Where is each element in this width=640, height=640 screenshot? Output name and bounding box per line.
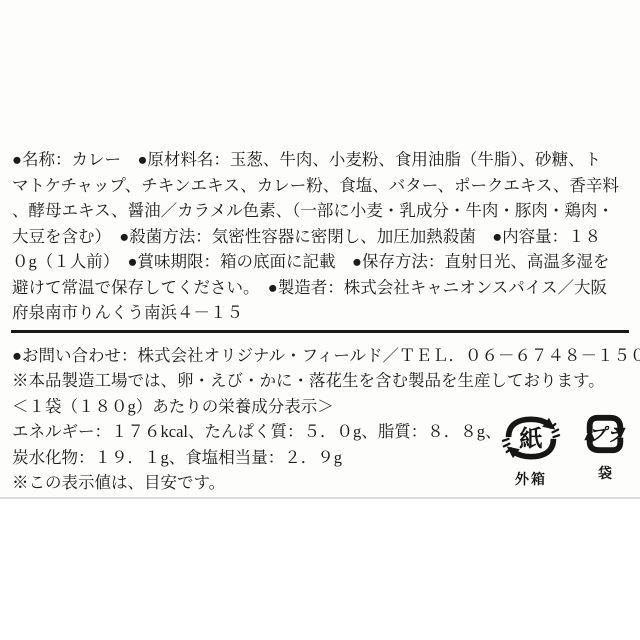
paper-recycle-icon: 紙 bbox=[500, 409, 562, 467]
info-line: マトケチャップ、チキンエキス、カレー粉、食塩、バター、ポークエキス、香辛料 bbox=[12, 173, 640, 199]
info-line: 避けて常温で保存してください。 ●製造者：株式会社キャニオンスパイス／大阪 bbox=[12, 275, 640, 301]
info-line: ●名称：カレー ●原材料名：玉葱、牛肉、小麦粉、食用油脂（牛脂）、砂糖、ト bbox=[12, 147, 640, 173]
divider-line bbox=[11, 330, 629, 333]
product-info-block: ●名称：カレー ●原材料名：玉葱、牛肉、小麦粉、食用油脂（牛脂）、砂糖、ト マト… bbox=[12, 147, 640, 326]
paper-recycling-mark: 紙 外箱 bbox=[500, 409, 562, 489]
paper-mark-kanji: 紙 bbox=[518, 425, 543, 451]
info-line: 、酵母エキス、醤油／カラメル色素、（一部に小麦・乳成分・牛肉・豚肉・鶏肉・ bbox=[12, 198, 640, 224]
label-photo: ●名称：カレー ●原材料名：玉葱、牛肉、小麦粉、食用油脂（牛脂）、砂糖、ト マト… bbox=[0, 0, 640, 499]
paper-mark-caption: 外箱 bbox=[500, 469, 562, 489]
plastic-mark-kana: プラ bbox=[588, 425, 624, 445]
plastic-mark-caption: 袋 bbox=[577, 463, 633, 483]
allergy-note-line: ※本品製造工場では、卵・えび・かに・落花生を含む製品を生産しております。 bbox=[12, 368, 640, 393]
manufacturer-address-line: 府泉南市りんくう南浜４－１５ bbox=[12, 300, 640, 326]
plastic-recycling-mark: プラ 袋 bbox=[577, 407, 633, 483]
info-line: 大豆を含む） ●殺菌方法：気密性容器に密閉し、加圧加熱殺菌 ●内容量：１８ bbox=[12, 224, 640, 250]
plastic-recycle-icon: プラ bbox=[577, 407, 633, 461]
info-line: ０g（１人前） ●賞味期限：箱の底面に記載 ●保存方法：直射日光、高温多湿を bbox=[12, 249, 640, 275]
contact-line: ●お問い合わせ：株式会社オリジナル・フィールド／ＴＥＬ．０６－６７４８－１５０２ bbox=[12, 343, 640, 368]
